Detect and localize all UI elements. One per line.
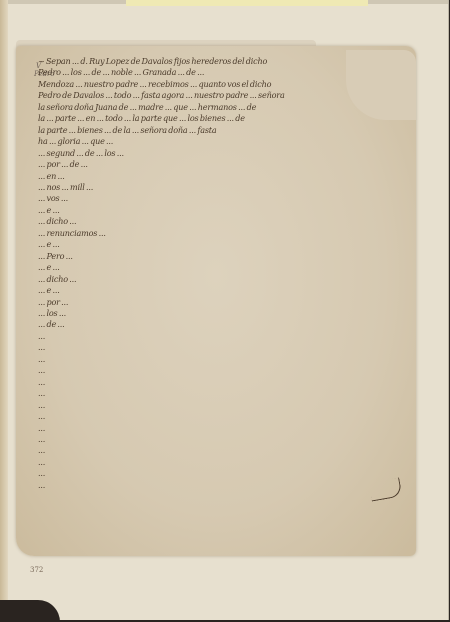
top-binding-tab (126, 0, 368, 6)
text-line: ... e ... (38, 205, 410, 216)
text-line: ha ... gloria ... que ... (38, 136, 410, 147)
text-line: ... de ... (38, 319, 410, 330)
text-line: ... (38, 365, 410, 376)
text-line: ... dicho ... (38, 274, 410, 285)
text-line: ... (38, 354, 410, 365)
text-line: ... en ... (38, 171, 410, 182)
text-line: la ... parte ... en ... todo ... la part… (38, 113, 410, 124)
text-line: ... Pero ... (38, 251, 410, 262)
text-line: ... e ... (38, 262, 410, 273)
text-line: ... (38, 377, 410, 388)
text-line: ... renunciamos ... (38, 228, 410, 239)
text-line: ... por ... (38, 297, 410, 308)
text-line: ... (38, 434, 410, 445)
text-line: ... (38, 445, 410, 456)
text-line: la parte ... bienes ... de la ... señora… (38, 125, 410, 136)
text-line: ... segund ... de ... los ... (38, 148, 410, 159)
text-line: ... por ... de ... (38, 159, 410, 170)
text-line: ... e ... (38, 285, 410, 296)
text-line: ... e ... (38, 239, 410, 250)
text-line: ... (38, 411, 410, 422)
text-line: ... (38, 388, 410, 399)
text-line: ~ Sepan ... d. Ruy Lopez de Davalos fijo… (38, 56, 410, 67)
text-line: ... (38, 331, 410, 342)
text-line: la señora doña Juana de ... madre ... qu… (38, 102, 410, 113)
folio-number: 372 (30, 566, 43, 574)
text-line: ... (38, 342, 410, 353)
text-line: Pedro ... los ... de ... noble ... Grana… (38, 67, 410, 78)
text-line: Pedro de Davalos ... todo ... fasta agor… (38, 90, 410, 101)
text-line: ... (38, 400, 410, 411)
text-line: ... nos ... mill ... (38, 182, 410, 193)
text-line: ... los ... (38, 308, 410, 319)
text-line: Mendoza ... nuestro padre ... recebimos … (38, 79, 410, 90)
left-page-edge (0, 0, 8, 620)
text-line: ... dicho ... (38, 216, 410, 227)
text-line: ... (38, 457, 410, 468)
text-line: ... (38, 468, 410, 479)
text-line: ... vos ... (38, 193, 410, 204)
manuscript-text: ~ Sepan ... d. Ruy Lopez de Davalos fijo… (38, 56, 410, 491)
text-line: ... (38, 423, 410, 434)
dark-binding-corner (0, 600, 60, 622)
text-line: ... (38, 480, 410, 491)
